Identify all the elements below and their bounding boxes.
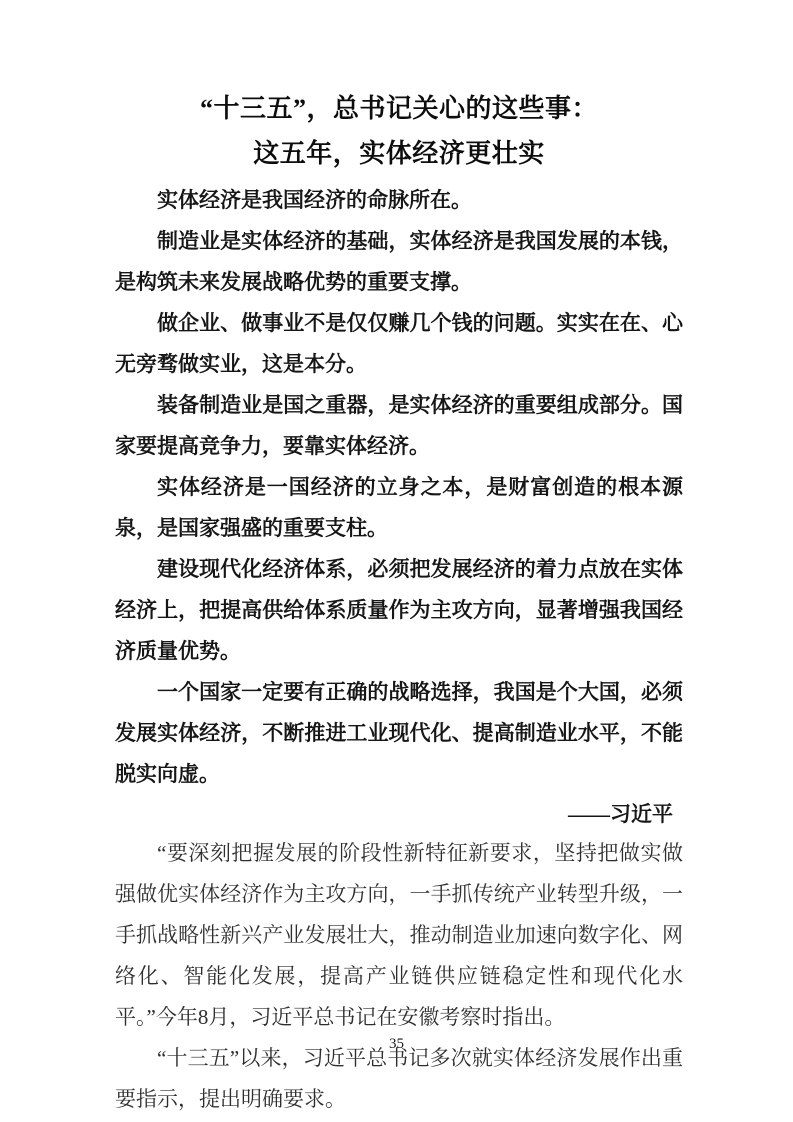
title-line-2: 这五年，实体经济更壮实 xyxy=(115,131,683,176)
body-paragraph: 建设现代化经济体系，必须把发展经济的着力点放在实体经济上，把提高供给体系质量作为… xyxy=(115,549,683,672)
page-content: “十三五”，总书记关心的这些事： 这五年，实体经济更壮实 实体经济是我国经济的命… xyxy=(115,86,683,1120)
attribution-signature: ——习近平 xyxy=(115,795,683,833)
body-paragraph: 做企业、做事业不是仅仅赚几个钱的问题。实实在在、心无旁骛做实业，这是本分。 xyxy=(115,303,683,385)
document-page: “十三五”，总书记关心的这些事： 这五年，实体经济更壮实 实体经济是我国经济的命… xyxy=(0,0,793,1122)
body-paragraph: 装备制造业是国之重器，是实体经济的重要组成部分。国家要提高竞争力，要靠实体经济。 xyxy=(115,385,683,467)
body-paragraph: 制造业是实体经济的基础，实体经济是我国发展的本钱，是构筑未来发展战略优势的重要支… xyxy=(115,221,683,303)
body-paragraph: 实体经济是我国经济的命脉所在。 xyxy=(115,180,683,221)
body-paragraph-quote: “要深刻把握发展的阶段性新特征新要求，坚持把做实做强做优实体经济作为主攻方向，一… xyxy=(115,833,683,1038)
page-title: “十三五”，总书记关心的这些事： 这五年，实体经济更壮实 xyxy=(115,86,683,176)
body-paragraph: 一个国家一定要有正确的战略选择，我国是个大国，必须发展实体经济，不断推进工业现代… xyxy=(115,672,683,795)
page-number: 35 xyxy=(0,1036,793,1053)
body-paragraph: 实体经济是一国经济的立身之本，是财富创造的根本源泉，是国家强盛的重要支柱。 xyxy=(115,467,683,549)
title-line-1: “十三五”，总书记关心的这些事： xyxy=(115,86,683,131)
